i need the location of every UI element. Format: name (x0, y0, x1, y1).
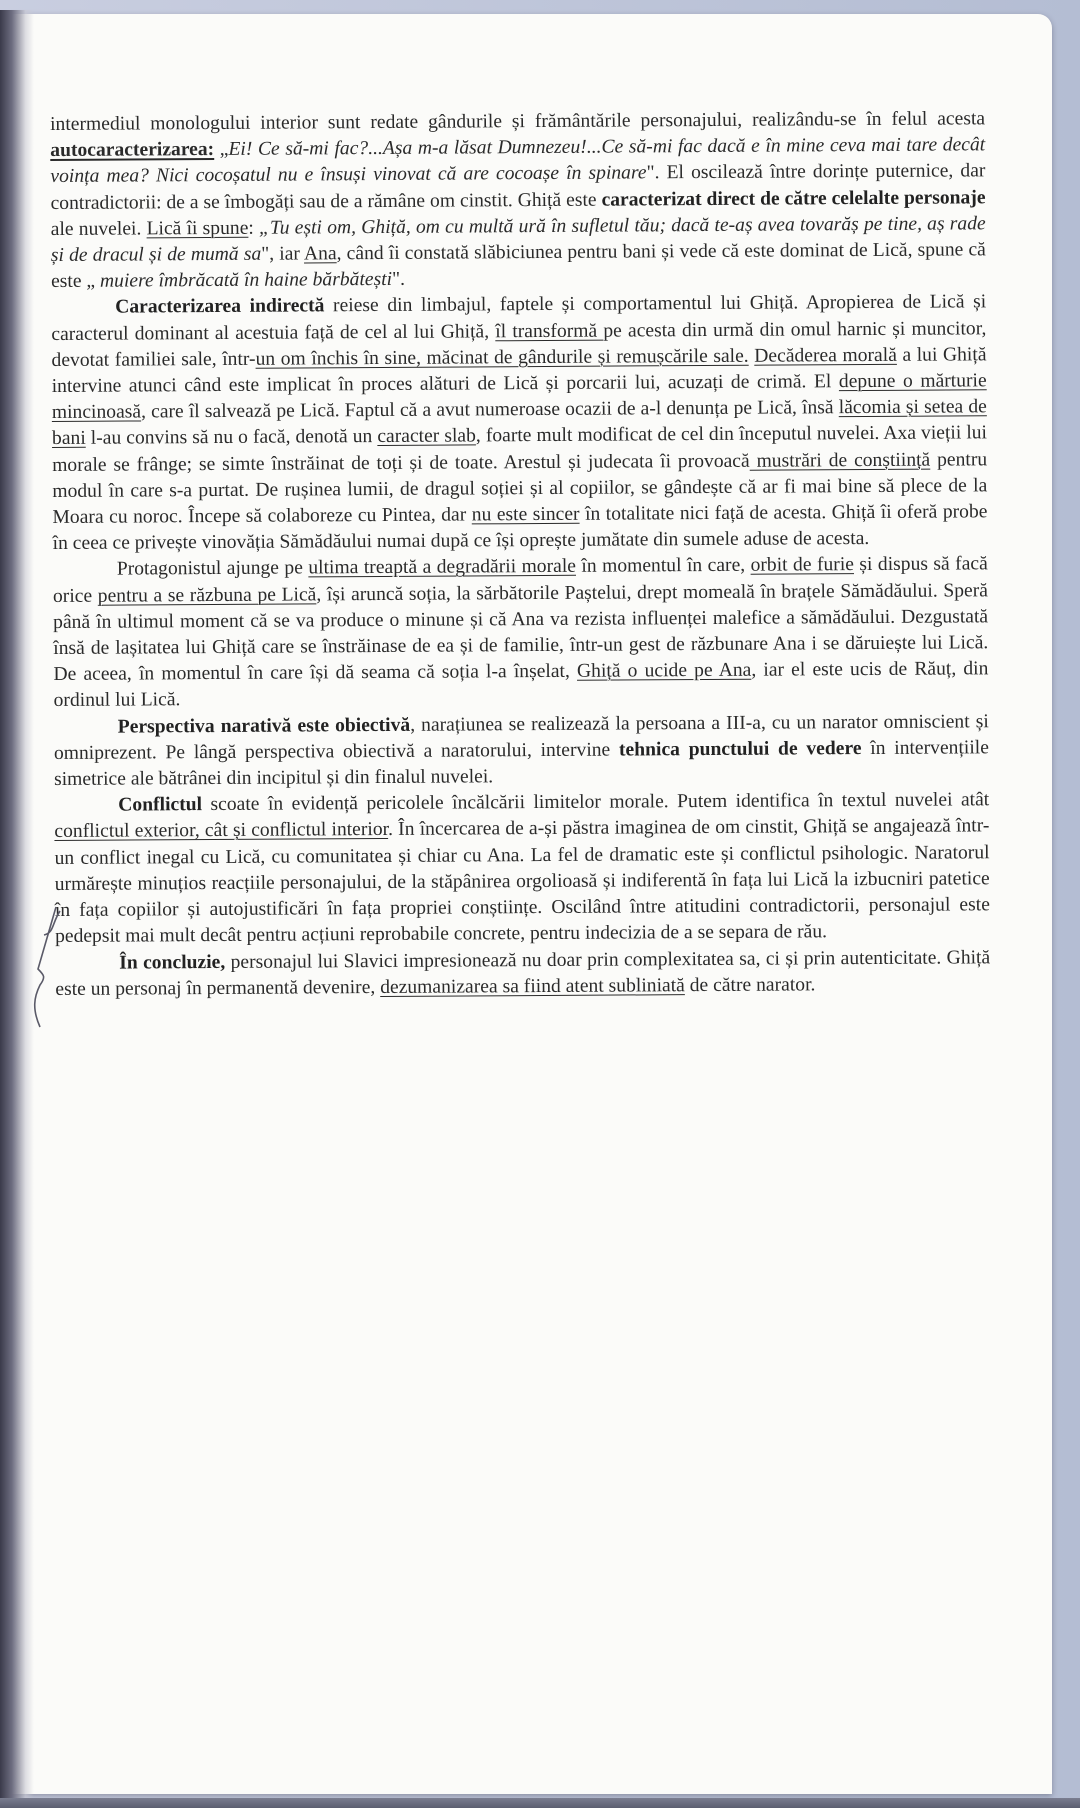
text-segment: Conflictul (118, 794, 202, 816)
text-segment: de către narator. (685, 974, 816, 996)
text-segment: mustrări de conștiință (750, 449, 931, 471)
text-segment: intermediul monologului interior sunt re… (50, 108, 985, 135)
text-segment: îl transformă (495, 320, 603, 342)
text-segment: caracterizat direct de către celelalte p… (601, 187, 985, 210)
text-segment: tehnica punctului de vedere (619, 738, 862, 760)
text-segment: conflictul exterior, cât și conflictul i… (54, 819, 388, 842)
text-segment: caracter slab (377, 426, 476, 448)
text-segment: ultima treaptă a degradării morale (308, 556, 576, 579)
paragraph-concluzie: În concluzie, personajul lui Slavici imp… (55, 945, 990, 1003)
page-bottom-edge (0, 1798, 1080, 1808)
text-segment: „ (214, 139, 228, 160)
text-segment: ", iar (261, 243, 304, 264)
text-segment: Lică îi spune (146, 218, 248, 240)
paragraph-caracterizare-indirecta: Caracterizarea indirectă reiese din limb… (51, 290, 988, 558)
text-segment: Ghiță o ucide pe Ana (577, 660, 751, 682)
text-segment: scoate în evidență pericolele încălcării… (202, 790, 989, 816)
text-segment: autocaracterizarea: (50, 139, 214, 161)
text-segment: Caracterizarea indirectă (115, 296, 324, 318)
page-binding-shadow (0, 10, 34, 1808)
text-segment: În concluzie, (119, 951, 225, 973)
text-segment: un om închis în sine, măcinat de gânduri… (255, 346, 748, 370)
text-segment: pentru a se răzbuna pe Lică (98, 584, 317, 606)
pen-bracket-icon (30, 905, 70, 1035)
text-segment: ". (392, 269, 405, 290)
text-segment: Perspectiva narativă este obiectivă (118, 714, 411, 737)
paragraph-perspectiva-narativa: Perspectiva narativă este obiectivă, nar… (54, 709, 989, 793)
text-segment: , care îl salvează pe Lică. Faptul că a … (141, 397, 839, 422)
text-segment: ale nuvelei. (51, 218, 147, 240)
text-segment: Ana (304, 243, 337, 264)
paragraph-monolog: intermediul monologului interior sunt re… (50, 106, 986, 295)
text-segment: dezumanizarea sa fiind atent subliniată (380, 975, 685, 998)
paragraph-conflictul: Conflictul scoate în evidență pericolele… (54, 788, 990, 951)
essay-text: intermediul monologului interior sunt re… (50, 106, 990, 1003)
paragraph-degradare-morala: Protagonistul ajunge pe ultima treaptă a… (53, 552, 989, 715)
text-segment: l-au convins să nu o facă, denotă un (86, 426, 378, 449)
text-segment: Decăderea morală (754, 345, 897, 367)
text-segment: în momentul în care, (576, 555, 751, 577)
text-segment: : (248, 218, 259, 239)
text-segment: nu este sincer (472, 504, 580, 526)
text-segment: Protagonistul ajunge pe (117, 558, 309, 580)
text-segment: muiere îmbrăcată în haine bărbătești (100, 269, 392, 292)
text-segment: orbit de furie (751, 555, 854, 577)
